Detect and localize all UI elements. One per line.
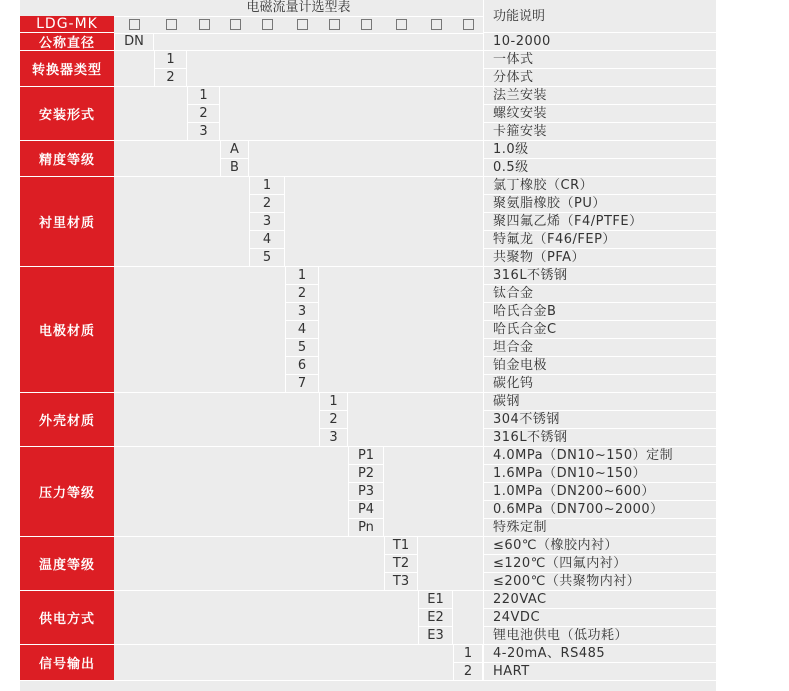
- option-description: 1.6MPa（DN10~150）: [483, 465, 716, 483]
- option-description: 哈氏合金C: [483, 321, 716, 339]
- option-description: 分体式: [483, 69, 716, 87]
- section-divider: [114, 392, 483, 393]
- option-code: 3: [285, 303, 319, 321]
- option-code: A: [220, 141, 249, 159]
- code-placeholder-box: [199, 19, 210, 30]
- option-description: 碳化钨: [483, 375, 716, 393]
- option-code: E2: [418, 609, 453, 627]
- option-description: 坦合金: [483, 339, 716, 357]
- option-description: HART: [483, 663, 716, 681]
- option-code: T3: [384, 573, 418, 591]
- option-code: 1: [319, 393, 348, 411]
- function-description-heading: 功能说明: [483, 0, 716, 33]
- option-description: 碳钢: [483, 393, 716, 411]
- option-description: 4-20mA、RS485: [483, 645, 716, 663]
- option-code: P3: [348, 483, 384, 501]
- option-code: 4: [285, 321, 319, 339]
- section-label: 压力等级: [20, 447, 114, 537]
- section-divider: [114, 680, 483, 681]
- option-description: 一体式: [483, 51, 716, 69]
- option-code: P4: [348, 501, 384, 519]
- option-description: 锂电池供电（低功耗）: [483, 627, 716, 645]
- section-label: 信号输出: [20, 645, 114, 681]
- option-code: 5: [285, 339, 319, 357]
- option-description: 0.5级: [483, 159, 716, 177]
- option-code: 3: [187, 123, 220, 141]
- section-divider: [114, 536, 483, 537]
- option-code: 2: [187, 105, 220, 123]
- option-code: DN: [114, 33, 154, 51]
- option-code: 2: [154, 69, 187, 87]
- option-description: 钛合金: [483, 285, 716, 303]
- option-description: 24VDC: [483, 609, 716, 627]
- option-code: 2: [249, 195, 285, 213]
- model-label: LDG-MK: [20, 16, 114, 33]
- option-description: 1.0MPa（DN200~600）: [483, 483, 716, 501]
- code-placeholder-box: [463, 19, 474, 30]
- divider: [114, 33, 483, 34]
- option-description: 聚四氟乙烯（F4/PTFE）: [483, 213, 716, 231]
- option-description: 法兰安装: [483, 87, 716, 105]
- option-code: 2: [453, 663, 483, 681]
- code-placeholder-box: [166, 19, 177, 30]
- section-label: 精度等级: [20, 141, 114, 177]
- option-description: 共聚物（PFA）: [483, 249, 716, 267]
- option-description: 4.0MPa（DN10~150）定制: [483, 447, 716, 465]
- option-code: P2: [348, 465, 384, 483]
- option-code: T2: [384, 555, 418, 573]
- section-label: 电极材质: [20, 267, 114, 393]
- option-description: 10-2000: [483, 33, 716, 51]
- option-description: ≤200℃（共聚物内衬）: [483, 573, 716, 591]
- option-code: B: [220, 159, 249, 177]
- code-placeholder-box: [431, 19, 442, 30]
- option-description: ≤60℃（橡胶内衬）: [483, 537, 716, 555]
- section-label: 外壳材质: [20, 393, 114, 447]
- code-placeholder-box: [361, 19, 372, 30]
- option-code: T1: [384, 537, 418, 555]
- option-code: 5: [249, 249, 285, 267]
- option-code: 4: [249, 231, 285, 249]
- option-description: 316L不锈钢: [483, 429, 716, 447]
- section-label: 衬里材质: [20, 177, 114, 267]
- code-placeholder-box: [230, 19, 241, 30]
- option-code: E3: [418, 627, 453, 645]
- code-placeholder-box: [396, 19, 407, 30]
- option-code: 1: [453, 645, 483, 663]
- section-label: 供电方式: [20, 591, 114, 645]
- option-description: 316L不锈钢: [483, 267, 716, 285]
- section-divider: [114, 644, 483, 645]
- option-description: 220VAC: [483, 591, 716, 609]
- option-code: 7: [285, 375, 319, 393]
- option-description: 螺纹安装: [483, 105, 716, 123]
- section-divider: [114, 140, 483, 141]
- option-code: 3: [319, 429, 348, 447]
- code-placeholder-box: [129, 19, 140, 30]
- section-label: 安装形式: [20, 87, 114, 141]
- option-code: Pn: [348, 519, 384, 537]
- option-description: 特殊定制: [483, 519, 716, 537]
- section-divider: [114, 176, 483, 177]
- section-divider: [114, 86, 483, 87]
- option-description: 卡箍安装: [483, 123, 716, 141]
- option-code: 1: [154, 51, 187, 69]
- option-code: 2: [285, 285, 319, 303]
- option-code: 1: [249, 177, 285, 195]
- option-code: 2: [319, 411, 348, 429]
- option-description: 304不锈钢: [483, 411, 716, 429]
- option-code: 1: [187, 87, 220, 105]
- section-label: 温度等级: [20, 537, 114, 591]
- section-divider: [114, 446, 483, 447]
- option-description: 0.6MPa（DN700~2000）: [483, 501, 716, 519]
- option-code: 3: [249, 213, 285, 231]
- section-label: 公称直径: [20, 33, 114, 51]
- option-description: ≤120℃（四氟内衬）: [483, 555, 716, 573]
- code-placeholder-box: [297, 19, 308, 30]
- option-code: E1: [418, 591, 453, 609]
- option-description: 铂金电极: [483, 357, 716, 375]
- code-placeholder-box: [262, 19, 273, 30]
- option-description: 氯丁橡胶（CR）: [483, 177, 716, 195]
- option-description: 聚氨脂橡胶（PU）: [483, 195, 716, 213]
- table-title: 电磁流量计选型表: [114, 0, 483, 17]
- section-label: 转换器类型: [20, 51, 114, 87]
- code-placeholder-box: [329, 19, 340, 30]
- option-description: 哈氏合金B: [483, 303, 716, 321]
- option-description: 特氟龙（F46/FEP）: [483, 231, 716, 249]
- option-code: P1: [348, 447, 384, 465]
- option-code: 6: [285, 357, 319, 375]
- option-description: 1.0级: [483, 141, 716, 159]
- option-code: 1: [285, 267, 319, 285]
